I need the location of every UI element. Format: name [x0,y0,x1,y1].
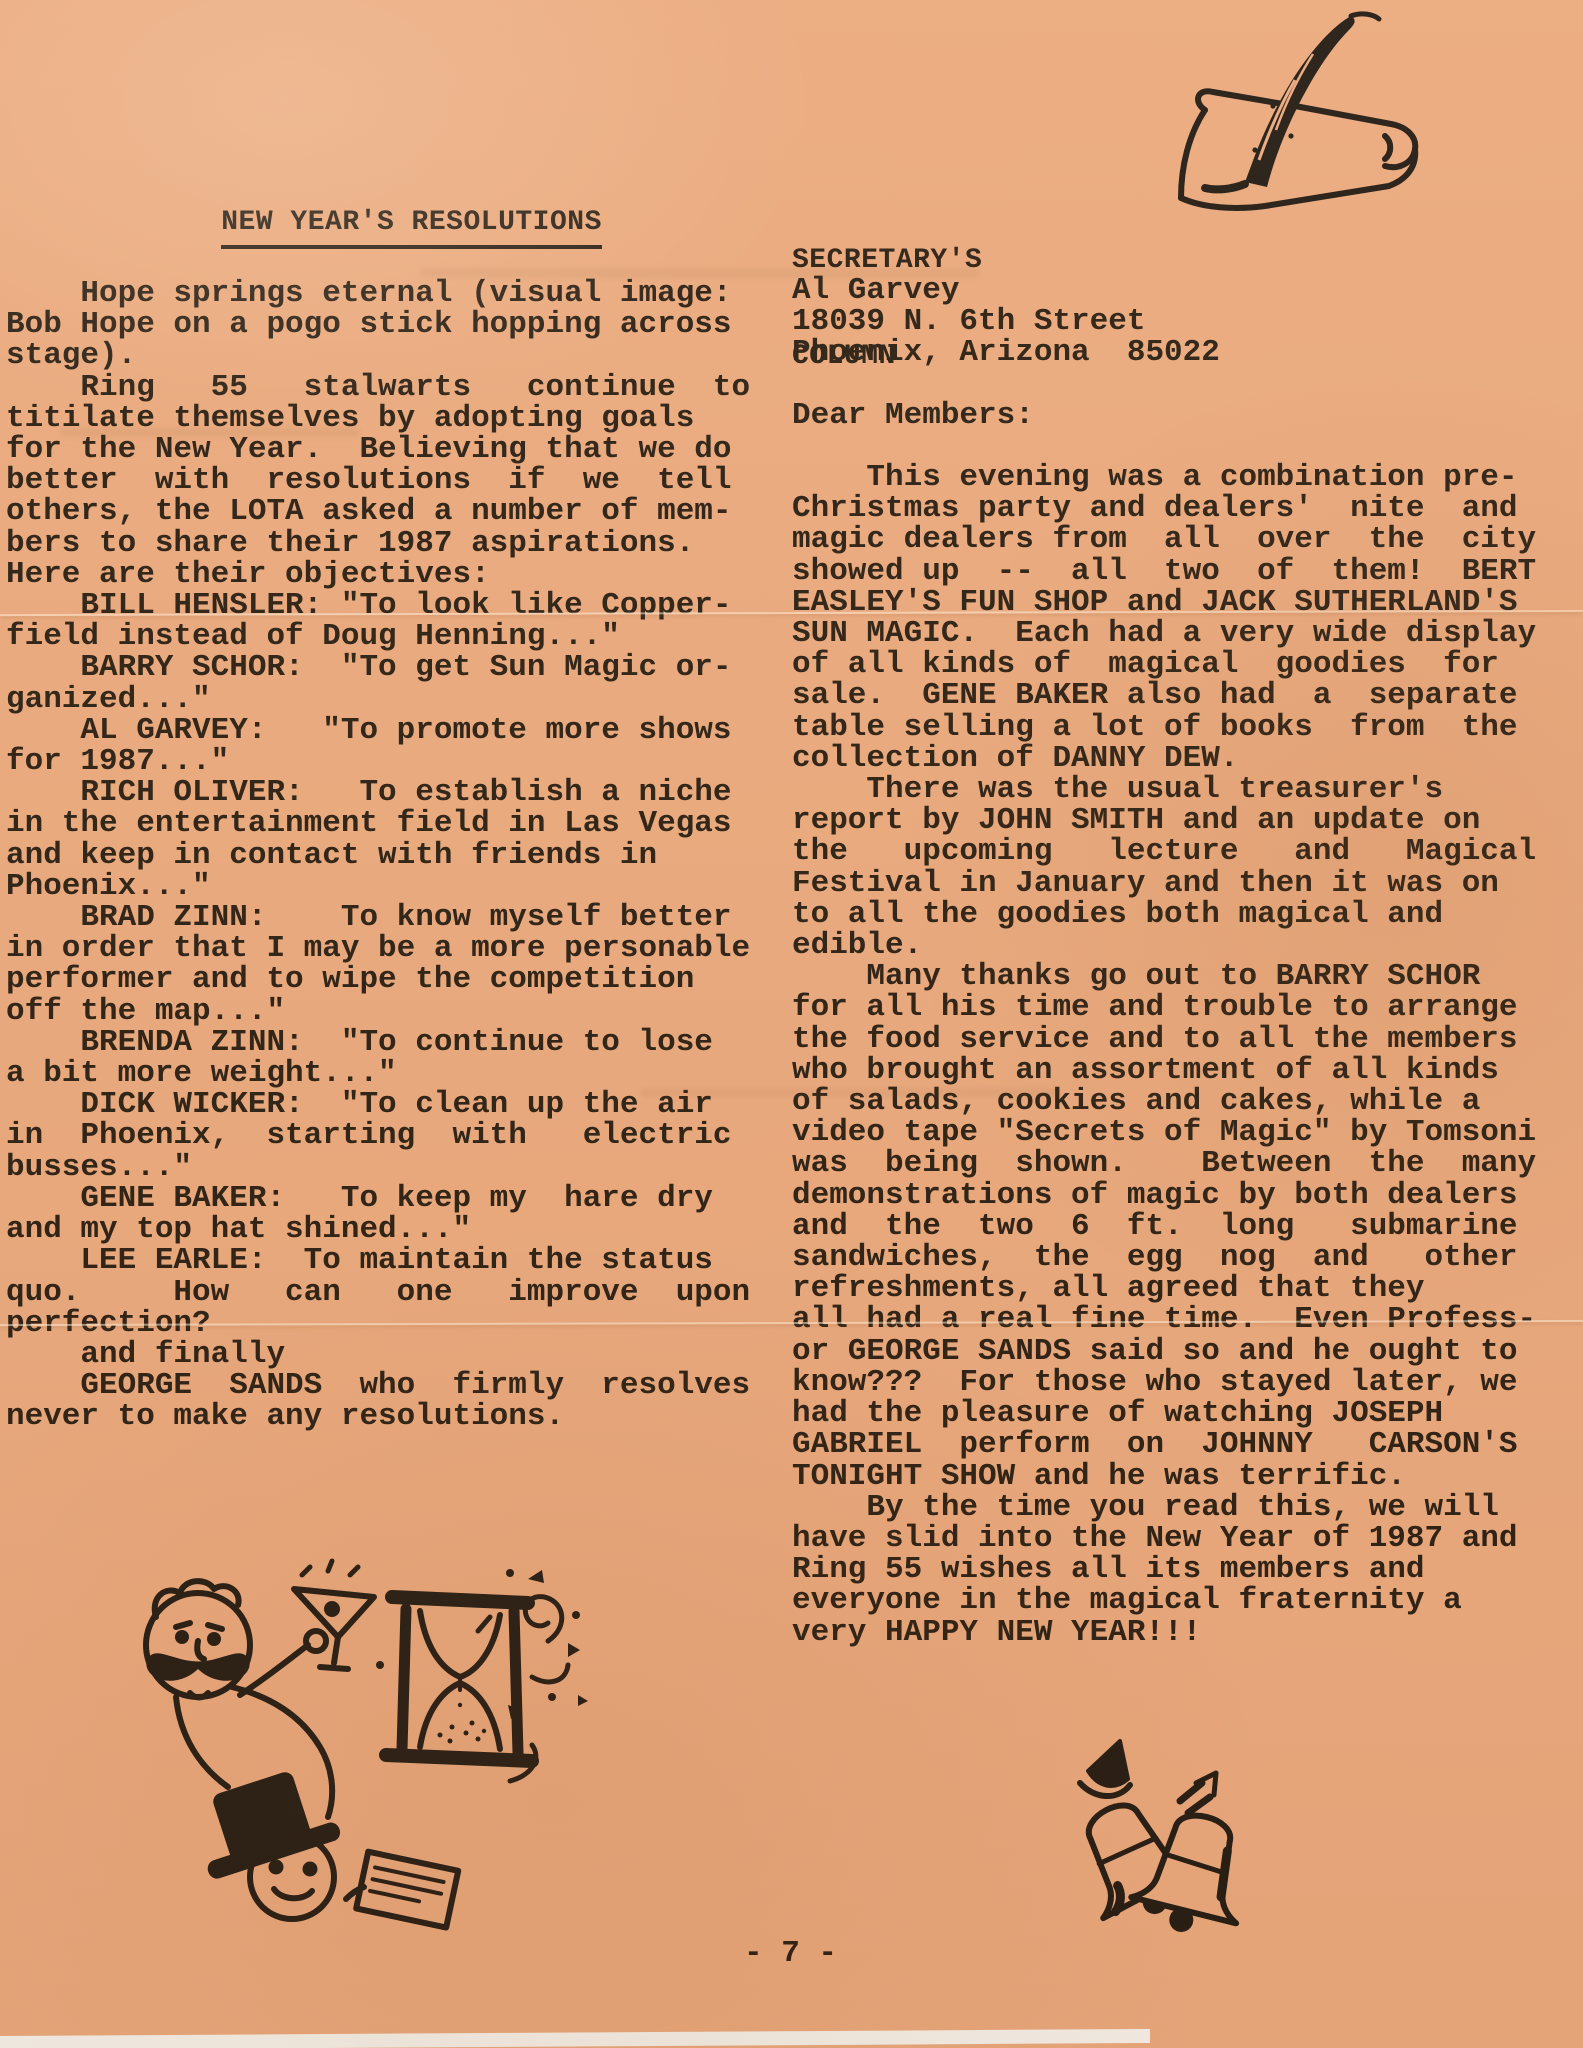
text-line: off the map..." [6,996,766,1027]
text-line: field instead of Doug Henning..." [6,621,766,652]
text-line: and keep in contact with friends in [6,840,766,871]
text-line: Here are their objectives: [6,559,766,590]
text-line: very HAPPY NEW YEAR!!! [792,1617,1552,1648]
text-line: busses..." [6,1152,766,1183]
text-line: for the New Year. Believing that we do [6,434,766,465]
text-line: and my top hat shined..." [6,1214,766,1245]
text-line: TONIGHT SHOW and he was terrific. [792,1461,1552,1492]
text-line: table selling a lot of books from the [792,712,1552,743]
text-line: LEE EARLE: To maintain the status [6,1245,766,1276]
text-line: and finally [6,1339,766,1370]
text-line: a bit more weight..." [6,1058,766,1089]
text-line: BRENDA ZINN: "To continue to lose [6,1027,766,1058]
text-line: others, the LOTA asked a number of mem- [6,496,766,527]
right-column-body: This evening was a combination pre-Chris… [792,462,1552,1648]
text-line: perfection? [6,1308,766,1339]
left-column-heading: NEW YEAR'S RESOLUTIONS [152,176,602,269]
text-line: titilate themselves by adopting goals [6,403,766,434]
text-line: DICK WICKER: "To clean up the air [6,1089,766,1120]
text-line: in Phoenix, starting with electric [6,1120,766,1151]
text-line: for all his time and trouble to arrange [792,992,1552,1023]
secretary-address-block: Al Garvey18039 N. 6th StreetPhoenix, Ari… [792,275,1552,369]
text-line: There was the usual treasurer's [792,774,1552,805]
text-line: showed up -- all two of them! BERT [792,556,1552,587]
text-line: Many thanks go out to BARRY SCHOR [792,961,1552,992]
text-line: Bob Hope on a pogo stick hopping across [6,309,766,340]
text-line: Al Garvey [792,275,1552,306]
text-line: of salads, cookies and cakes, while a [792,1086,1552,1117]
text-line: BILL HENSLER: "To look like Copper- [6,590,766,621]
text-line: was being shown. Between the many [792,1148,1552,1179]
text-line: the food service and to all the members [792,1024,1552,1055]
text-line: Phoenix..." [6,871,766,902]
text-line: AL GARVEY: "To promote more shows [6,715,766,746]
text-line: and the two 6 ft. long submarine [792,1211,1552,1242]
text-line: demonstrations of magic by both dealers [792,1180,1552,1211]
text-line: better with resolutions if we tell [6,465,766,496]
text-line: video tape "Secrets of Magic" by Tomsoni [792,1117,1552,1148]
text-line: quo. How can one improve upon [6,1277,766,1308]
text-line: have slid into the New Year of 1987 and [792,1523,1552,1554]
text-line: collection of DANNY DEW. [792,743,1552,774]
text-line: for 1987..." [6,746,766,777]
text-line: This evening was a combination pre- [792,462,1552,493]
text-line: BRAD ZINN: To know myself better [6,902,766,933]
text-line: refreshments, all agreed that they [792,1273,1552,1304]
scanned-newsletter-page: NEW YEAR'S RESOLUTIONS Hope springs eter… [0,0,1583,2048]
text-line: GEORGE SANDS who firmly resolves [6,1370,766,1401]
text-line: RICH OLIVER: To establish a niche [6,777,766,808]
text-line: in order that I may be a more personable [6,933,766,964]
text-line: BARRY SCHOR: "To get Sun Magic or- [6,652,766,683]
text-line: the upcoming lecture and Magical [792,836,1552,867]
text-line: Ring 55 stalwarts continue to [6,372,766,403]
text-line: Phoenix, Arizona 85022 [792,337,1552,368]
text-line: GENE BAKER: To keep my hare dry [6,1183,766,1214]
text-line: 18039 N. 6th Street [792,306,1552,337]
text-line: to all the goodies both magical and [792,899,1552,930]
text-line: know??? For those who stayed later, we [792,1367,1552,1398]
magician-party-illustration [80,1545,590,1945]
text-line: report by JOHN SMITH and an update on [792,805,1552,836]
text-line: Ring 55 wishes all its members and [792,1554,1552,1585]
text-line: all had a real fine time. Even Profess- [792,1304,1552,1335]
text-line: sale. GENE BAKER also had a separate [792,680,1552,711]
text-line: By the time you read this, we will [792,1492,1552,1523]
scanner-edge [0,2029,1150,2048]
text-line: performer and to wipe the competition [6,964,766,995]
salutation: Dear Members: [792,400,1034,431]
text-line: stage). [6,340,766,371]
text-line: Festival in January and then it was on [792,868,1552,899]
text-line: GABRIEL perform on JOHNNY CARSON'S [792,1429,1552,1460]
left-column-heading-text: NEW YEAR'S RESOLUTIONS [221,207,602,249]
bells-illustration [1040,1725,1290,1965]
text-line: SUN MAGIC. Each had a very wide display [792,618,1552,649]
text-line: of all kinds of magical goodies for [792,649,1552,680]
page-number: - 7 - [744,1936,837,1971]
text-line: or GEORGE SANDS said so and he ought to [792,1336,1552,1367]
text-line: edible. [792,930,1552,961]
text-line: in the entertainment field in Las Vegas [6,808,766,839]
text-line: Christmas party and dealers' nite and [792,493,1552,524]
text-line: Hope springs eternal (visual image: [6,278,766,309]
text-line: bers to share their 1987 aspirations. [6,528,766,559]
text-line: ganized..." [6,684,766,715]
text-line: magic dealers from all over the city [792,524,1552,555]
text-line: sandwiches, the egg nog and other [792,1242,1552,1273]
quill-scroll-illustration [1145,10,1475,265]
text-line: everyone in the magical fraternity a [792,1585,1552,1616]
left-column-body: Hope springs eternal (visual image:Bob H… [6,278,766,1433]
text-line: had the pleasure of watching JOSEPH [792,1398,1552,1429]
text-line: never to make any resolutions. [6,1401,766,1432]
text-line: who brought an assortment of all kinds [792,1055,1552,1086]
text-line: EASLEY'S FUN SHOP and JACK SUTHERLAND'S [792,587,1552,618]
